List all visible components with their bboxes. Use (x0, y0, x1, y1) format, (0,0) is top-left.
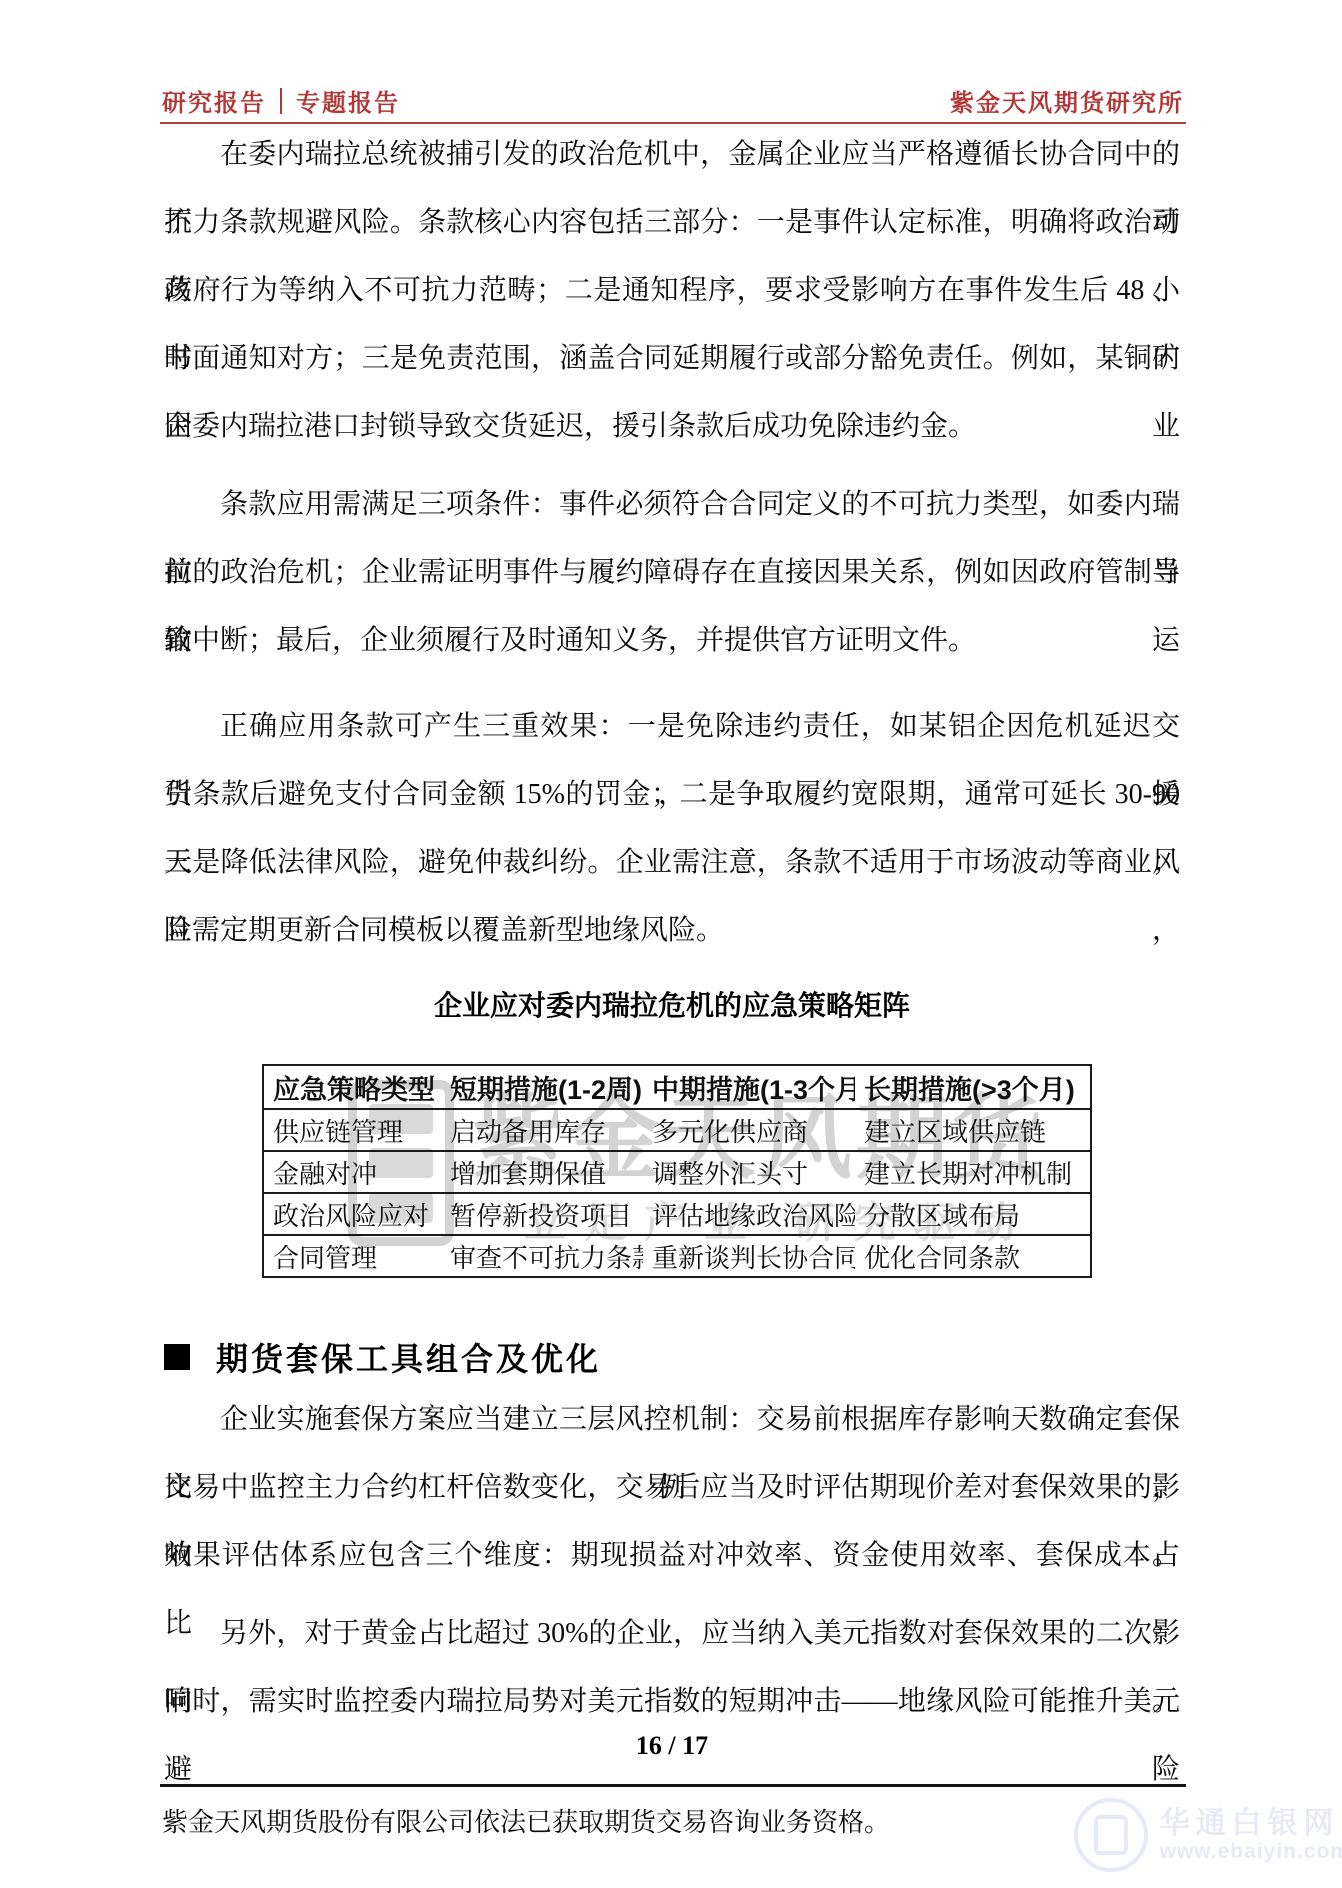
paragraph-line: 前的政治危机；企业需证明事件与履约障碍存在直接因果关系，例如因政府管制导致运 (164, 539, 1180, 607)
paragraph-line: 正确应用条款可产生三重效果：一是免除违约责任，如某铝企因危机延迟交货，援 (164, 693, 1180, 761)
footer-rule (160, 1784, 1186, 1787)
paragraph-line: 同时，需实时监控委内瑞拉局势对美元指数的短期冲击——地缘风险可能推升美元避险 (164, 1668, 1180, 1736)
header-report-type: 研究报告 (162, 83, 266, 118)
paragraph-line: 企业实施套保方案应当建立三层风控机制：交易前根据库存影响天数确定套保比例， (164, 1386, 1180, 1454)
paragraph-line: 在委内瑞拉总统被捕引发的政治危机中，金属企业应当严格遵循长协合同中的不可 (164, 121, 1180, 189)
paragraph-line: 条款应用需满足三项条件：事件必须符合合同定义的不可抗力类型，如委内瑞拉当 (164, 471, 1180, 539)
strategy-matrix-table: 应急策略类型 短期措施(1-2周) 中期措施(1-3个月) 长期措施(>3个月)… (262, 1064, 1092, 1278)
table-cell: 优化合同条款 (855, 1235, 1091, 1277)
corner-watermark: 华通白银网 www.ebaiyin.com (1074, 1798, 1342, 1872)
paragraph: 企业实施套保方案应当建立三层风控机制：交易前根据库存影响天数确定套保比例， 交易… (164, 1386, 1180, 1590)
table-row: 政治风险应对 暂停新投资项目 评估地缘政治风险 分散区域布局 (263, 1193, 1091, 1235)
ebaiyin-circle-logo-icon (1074, 1798, 1148, 1872)
page-number: 16 / 17 (164, 1728, 1180, 1764)
table-cell: 启动备用库存 (441, 1109, 643, 1151)
table-cell: 建立区域供应链 (855, 1109, 1091, 1151)
page-header: 研究报告 专题报告 紫金天风期货研究所 (162, 82, 1184, 118)
header-left: 研究报告 专题报告 (162, 83, 400, 118)
paragraph-line: 政府行为等纳入不可抗力范畴；二是通知程序，要求受影响方在事件发生后 48 小时内 (164, 257, 1180, 325)
black-square-icon (164, 1344, 190, 1370)
table-header-cell: 短期措施(1-2周) (441, 1065, 643, 1109)
header-divider-bar (280, 88, 282, 114)
table-header-cell: 中期措施(1-3个月) (643, 1065, 855, 1109)
paragraph-line: 书面通知对方；三是免责范围，涵盖合同延期履行或部分豁免责任。例如，某铜矿企业 (164, 325, 1180, 393)
table-cell: 供应链管理 (263, 1109, 441, 1151)
table-cell: 多元化供应商 (643, 1109, 855, 1151)
corner-site-name: 华通白银网 (1160, 1807, 1342, 1840)
section-heading: 期货套保工具组合及优化 (164, 1334, 601, 1380)
header-institute-name: 紫金天风期货研究所 (950, 83, 1184, 118)
header-report-subtype: 专题报告 (296, 83, 400, 118)
table-row: 供应链管理 启动备用库存 多元化供应商 建立区域供应链 (263, 1109, 1091, 1151)
corner-site-url: www.ebaiyin.com (1160, 1840, 1342, 1863)
table-header-row: 应急策略类型 短期措施(1-2周) 中期措施(1-3个月) 长期措施(>3个月) (263, 1065, 1091, 1109)
table-cell: 增加套期保值 (441, 1151, 643, 1193)
paragraph-line: 交易中监控主力合约杠杆倍数变化，交易后应当及时评估期现价差对套保效果的影响。 (164, 1454, 1180, 1522)
paragraph-line: 抗力条款规避风险。条款核心内容包括三部分：一是事件认定标准，明确将政治动荡、 (164, 189, 1180, 257)
document-page: 研究报告 专题报告 紫金天风期货研究所 在委内瑞拉总统被捕引发的政治危机中，金属… (0, 0, 1342, 1888)
paragraph: 另外，对于黄金占比超过 30%的企业，应当纳入美元指数对套保效果的二次影响。 同… (164, 1600, 1180, 1736)
paragraph-line: 另外，对于黄金占比超过 30%的企业，应当纳入美元指数对套保效果的二次影响。 (164, 1600, 1180, 1668)
table-cell: 政治风险应对 (263, 1193, 441, 1235)
paragraph: 在委内瑞拉总统被捕引发的政治危机中，金属企业应当严格遵循长协合同中的不可 抗力条… (164, 121, 1180, 461)
table-cell: 调整外汇头寸 (643, 1151, 855, 1193)
table-header-cell: 应急策略类型 (263, 1065, 441, 1109)
table-cell: 合同管理 (263, 1235, 441, 1277)
table-row: 金融对冲 增加套期保值 调整外汇头寸 建立长期对冲机制 (263, 1151, 1091, 1193)
table-cell: 金融对冲 (263, 1151, 441, 1193)
paragraph-line: 效果评估体系应包含三个维度：期现损益对冲效率、资金使用效率、套保成本占比。 (164, 1522, 1180, 1590)
table-row: 合同管理 审查不可抗力条款 重新谈判长协合同 优化合同条款 (263, 1235, 1091, 1277)
table-title: 企业应对委内瑞拉危机的应急策略矩阵 (164, 986, 1180, 1026)
paragraph: 正确应用条款可产生三重效果：一是免除违约责任，如某铝企因危机延迟交货，援 引条款… (164, 693, 1180, 965)
table-cell: 审查不可抗力条款 (441, 1235, 643, 1277)
table-cell: 建立长期对冲机制 (855, 1151, 1091, 1193)
paragraph-line: 三是降低法律风险，避免仲裁纠纷。企业需注意，条款不适用于市场波动等商业风险， (164, 829, 1180, 897)
table-cell: 重新谈判长协合同 (643, 1235, 855, 1277)
table-cell: 分散区域布局 (855, 1193, 1091, 1235)
paragraph: 条款应用需满足三项条件：事件必须符合合同定义的不可抗力类型，如委内瑞拉当 前的政… (164, 471, 1180, 675)
paragraph-line: 引条款后避免支付合同金额 15%的罚金；二是争取履约宽限期，通常可延长 30-9… (164, 761, 1180, 829)
table-header-cell: 长期措施(>3个月) (855, 1065, 1091, 1109)
section-title: 期货套保工具组合及优化 (216, 1334, 601, 1380)
table-cell: 暂停新投资项目 (441, 1193, 643, 1235)
table-cell: 评估地缘政治风险 (643, 1193, 855, 1235)
footer-disclaimer: 紫金天风期货股份有限公司依法已获取期货交易咨询业务资格。 (162, 1802, 890, 1839)
